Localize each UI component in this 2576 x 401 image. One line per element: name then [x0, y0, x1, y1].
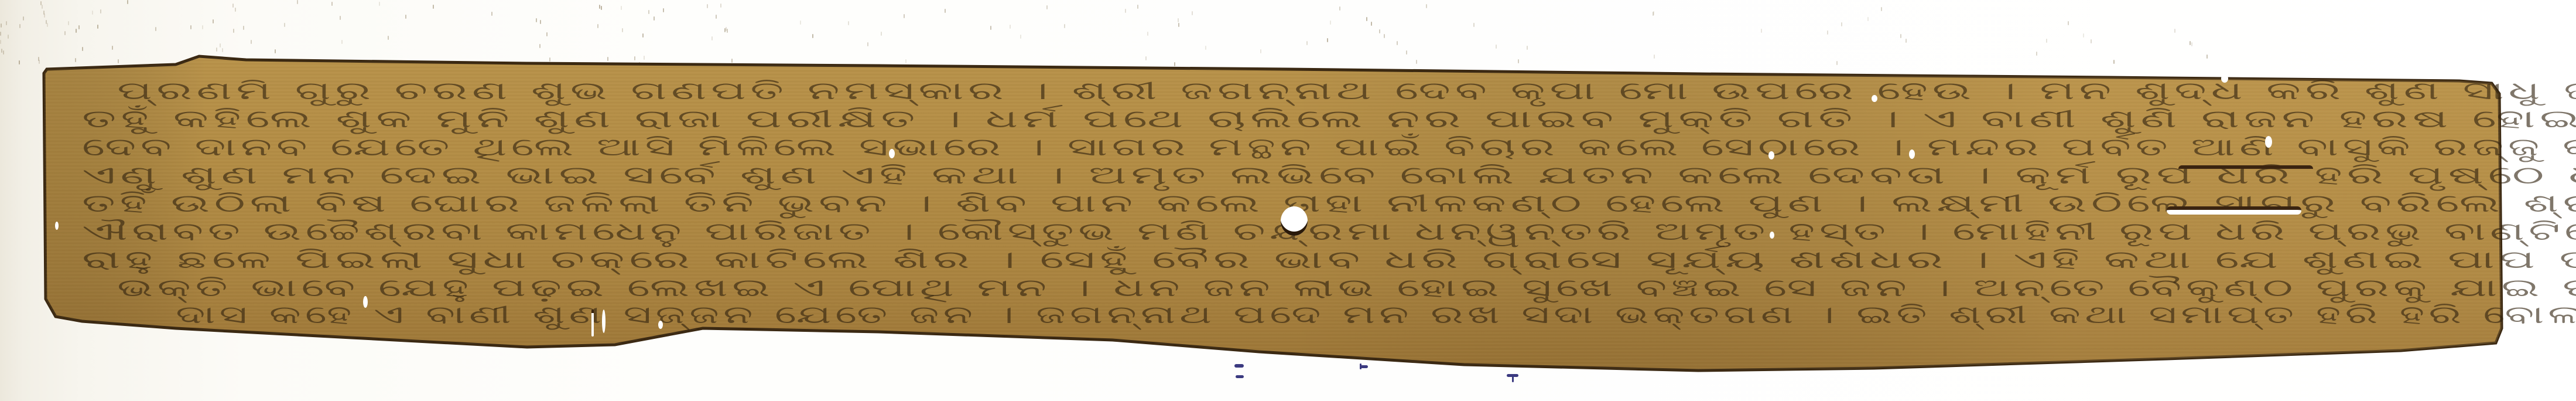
- palm-leaf-manuscript: ପ୍ରଣମି ଗୁରୁ ଚରଣ ଶୁଭ ଗଣପତି ନମସ୍କାର । ଶ୍ରୀ…: [0, 0, 2576, 401]
- crack-icon: [2167, 206, 2301, 215]
- manuscript-line-3: ଦେବ ଦାନବ ଯେତେ ଥିଲେ ଆସି ମିଳିଲେ ସଭାରେ । ସା…: [82, 132, 2576, 162]
- worm-hole-icon: [1872, 95, 1877, 102]
- ink-mark-icon: [1236, 375, 1244, 378]
- crack-icon: [591, 310, 594, 337]
- worm-hole-icon: [602, 310, 605, 333]
- manuscript-line-9: ଦାସ କହେ ଏ ବାଣୀ ଶୁଣ ସଜ୍ଜନ ଯେତେ ଜନ । ଜଗନ୍ନ…: [176, 300, 2576, 329]
- manuscript-line-1: ପ୍ରଣମି ଗୁରୁ ଚରଣ ଶୁଭ ଗଣପତି ନମସ୍କାର । ଶ୍ରୀ…: [117, 76, 2576, 106]
- worm-hole-icon: [363, 296, 368, 308]
- worm-hole-icon: [2221, 74, 2228, 83]
- manuscript-line-2: ତହୁଁ କହିଲେ ଶୁକ ମୁନି ଶୁଣ ରାଜା ପରୀକ୍ଷିତ । …: [82, 104, 2576, 134]
- string-hole-icon: [1281, 206, 1308, 236]
- ink-mark-icon: [1234, 364, 1244, 368]
- worm-hole-icon: [1770, 232, 1774, 239]
- manuscript-line-6: ଐରାବତ ଉଚ୍ଚୈଶ୍ରବା କାମଧେନୁ ପାରିଜାତ । କୌସ୍ତ…: [82, 217, 2576, 246]
- worm-hole-icon: [55, 222, 59, 230]
- worm-hole-icon: [1909, 149, 1915, 159]
- worm-hole-icon: [2265, 136, 2272, 148]
- crack-icon: [2178, 165, 2313, 172]
- worm-hole-icon: [889, 149, 895, 158]
- worm-hole-icon: [658, 321, 663, 329]
- worm-hole-icon: [1768, 151, 1774, 159]
- manuscript-line-7: ରାହୁ ଛଳେ ପିଇଲା ସୁଧା ଚକ୍ରେ କାଟିଲେ ଶିର । ସ…: [82, 245, 2576, 274]
- ink-mark-icon: [1360, 363, 1361, 369]
- manuscript-line-8: ଭକ୍ତି ଭାବେ ଯେହୁ ପଢ଼ଇ ଲେଖଇ ଏ ପୋଥି ମନ । ଧନ…: [117, 273, 2576, 303]
- ink-mark-icon: [1512, 375, 1514, 382]
